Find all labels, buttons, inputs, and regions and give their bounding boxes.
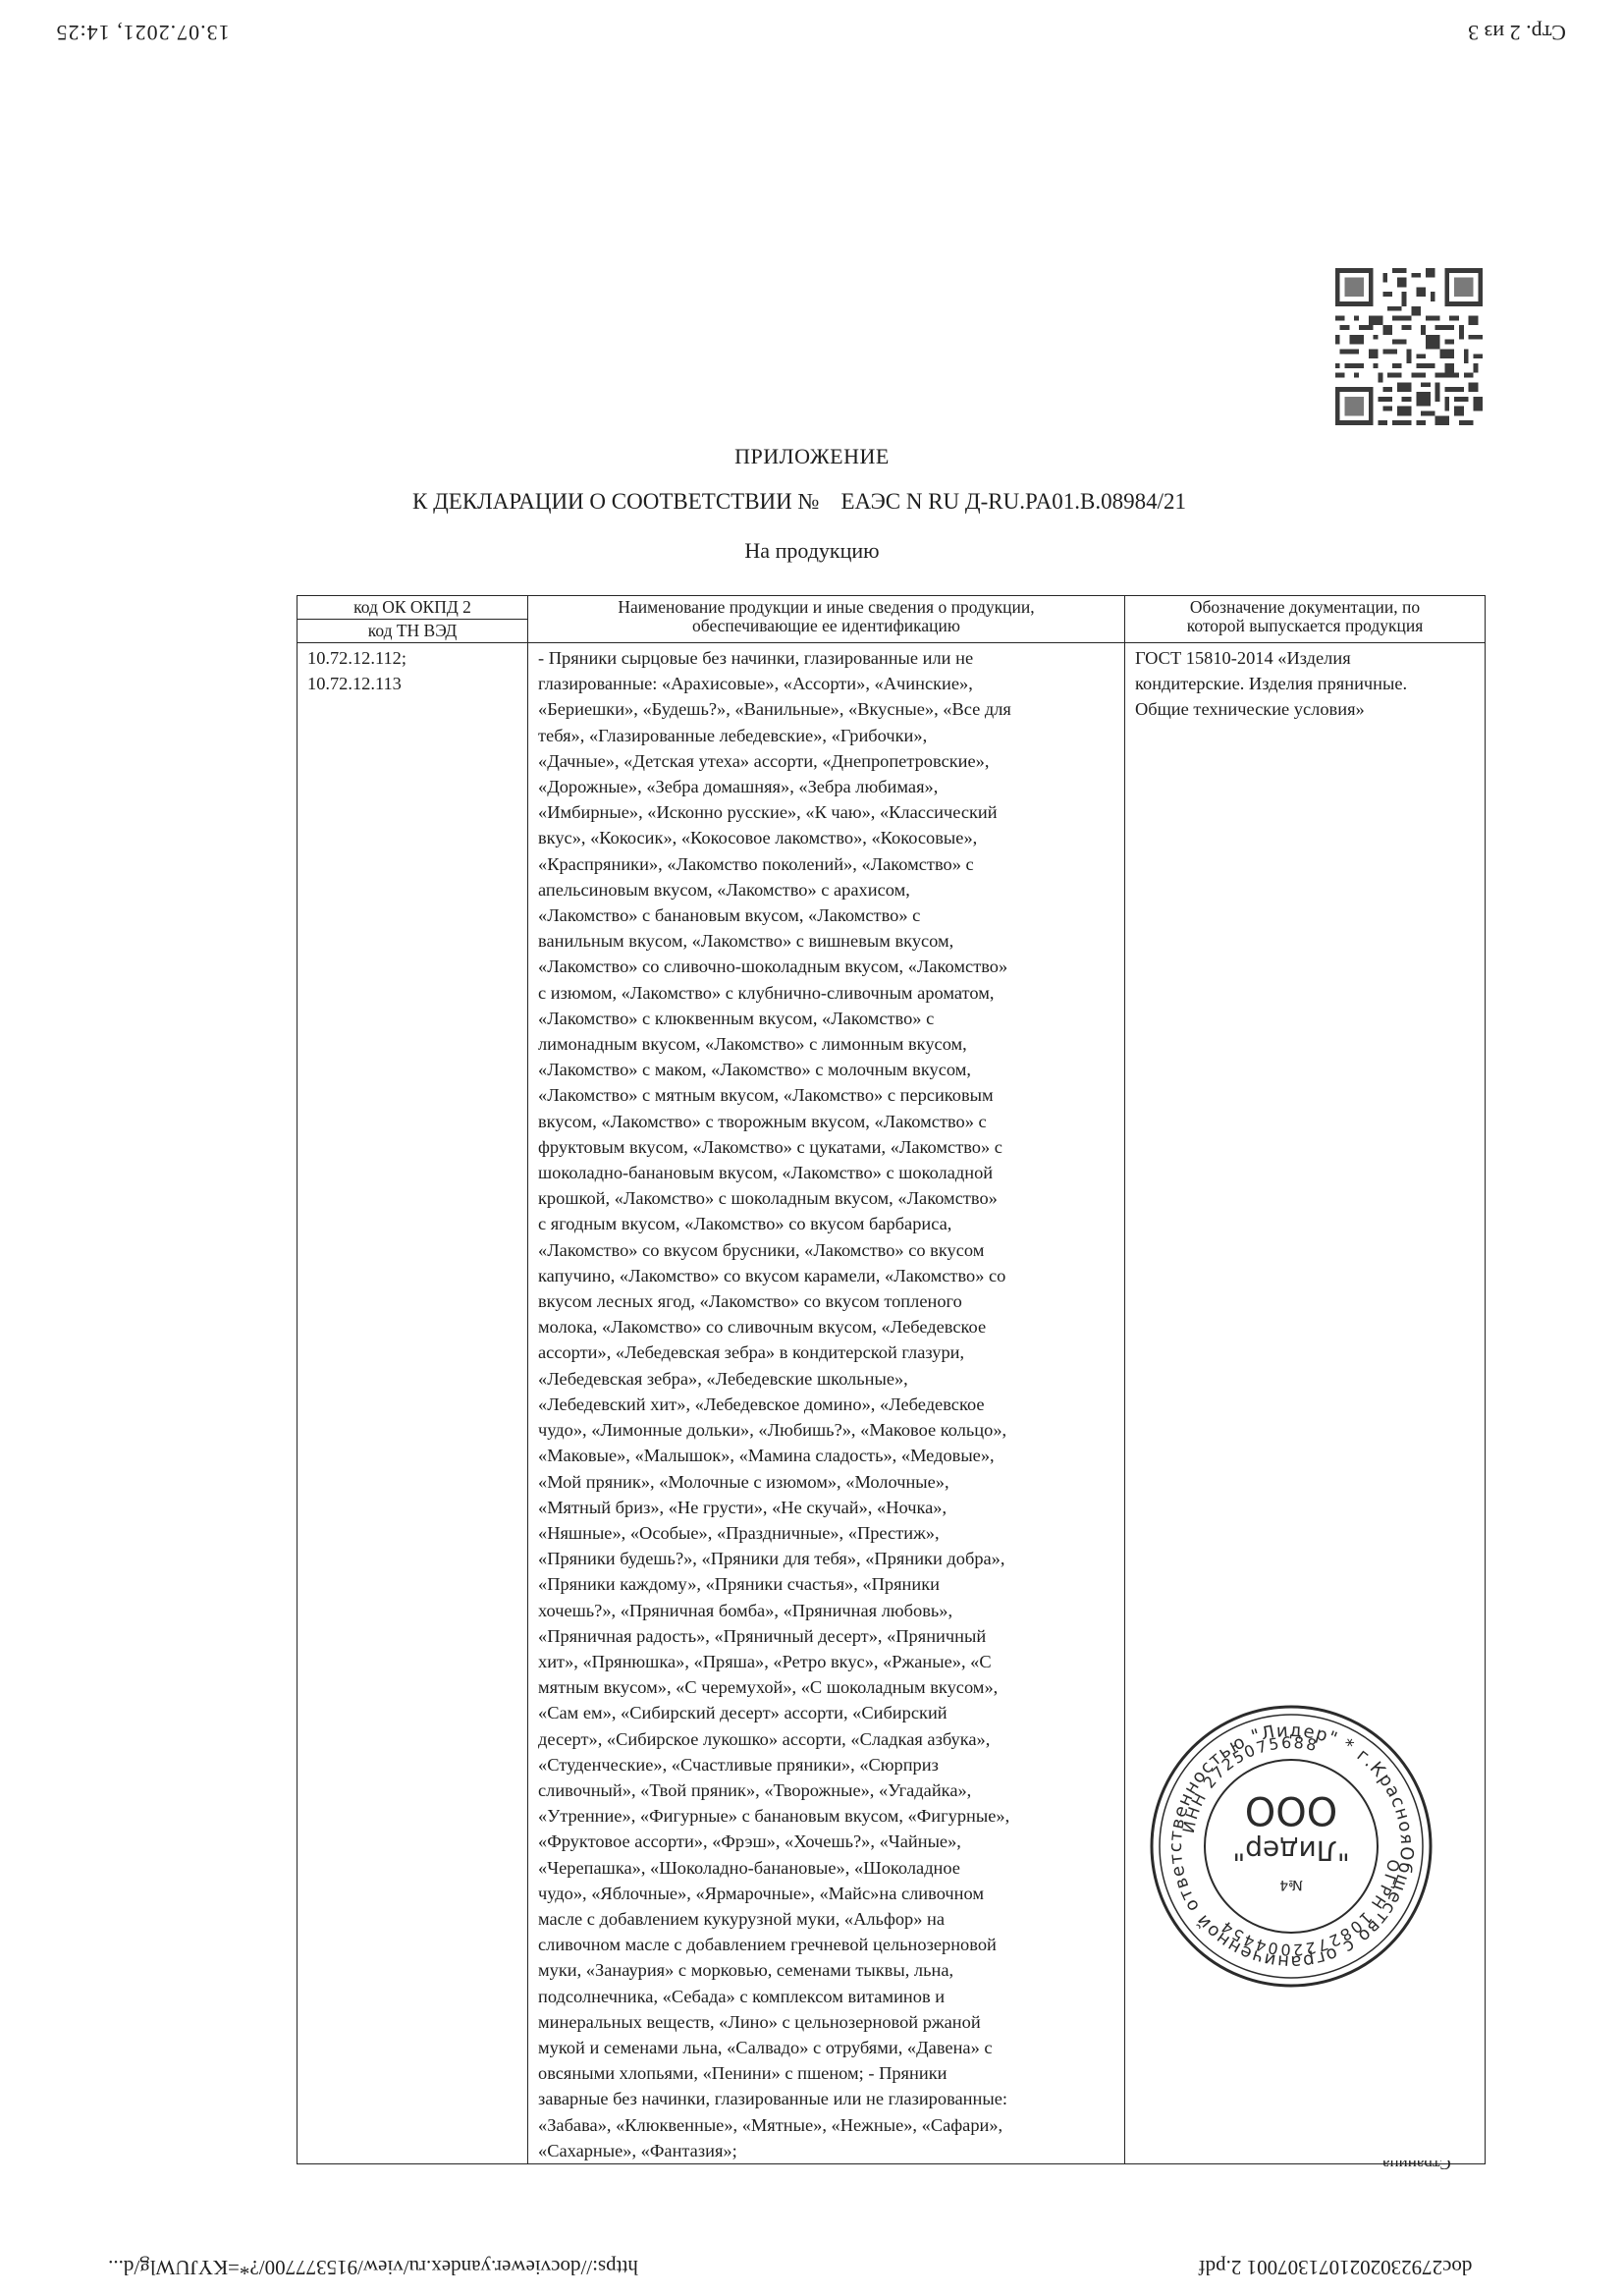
- description-line: «Лакомство» с клюквенным вкусом, «Лакомс…: [538, 1006, 1114, 1031]
- description-line: апельсиновым вкусом, «Лакомство» с арахи…: [538, 877, 1114, 902]
- description-line: лимонадным вкусом, «Лакомство» с лимонны…: [538, 1031, 1114, 1057]
- description-line: чудо», «Яблочные», «Ярмарочные», «Майс»н…: [538, 1881, 1114, 1906]
- description-line: «Лакомство» с маком, «Лакомство» с молоч…: [538, 1057, 1114, 1082]
- description-line: глазированные: «Арахисовые», «Ассорти», …: [538, 671, 1114, 696]
- description-line: - Пряники сырцовые без начинки, глазиров…: [538, 645, 1114, 671]
- header-documentation: Обозначение документации, по которой вып…: [1125, 596, 1486, 643]
- description-line: заварные без начинки, глазированные или …: [538, 2086, 1114, 2111]
- description-line: «Лебедевская зебра», «Лебедевские школьн…: [538, 1366, 1114, 1392]
- seal-ooo: ООО: [1245, 1787, 1337, 1832]
- footer-filename: doc2792302021071307001 2.pdf: [1080, 2255, 1591, 2279]
- description-line: «Имбирные», «Исконно русские», «К чаю», …: [538, 799, 1114, 825]
- description-line: с ягодным вкусом, «Лакомство» со вкусом …: [538, 1211, 1114, 1236]
- description-line: ванильным вкусом, «Лакомство» с вишневым…: [538, 928, 1114, 954]
- header-code-tn-ved: код ТН ВЭД: [298, 620, 528, 643]
- description-line: овсяными хлопьями, «Пенини» с пшеном; - …: [538, 2060, 1114, 2086]
- declaration-number: ЕАЭС N RU Д-RU.PA01.B.08984/21: [840, 489, 1186, 514]
- description-line: сливочный», «Твой пряник», «Творожные», …: [538, 1777, 1114, 1803]
- documentation-line: кондитерские. Изделия пряничные.: [1135, 671, 1475, 696]
- description-line: «Забава», «Клюквенные», «Мятные», «Нежны…: [538, 2112, 1114, 2138]
- document-subtitle: К ДЕКЛАРАЦИИ О СООТВЕТСТВИИ №ЕАЭС N RU Д…: [412, 489, 1186, 515]
- seal-ogrn-text: ОГРН 1082722004454: [1217, 1858, 1404, 1959]
- company-seal-icon: Общество с ограниченной ответственностью…: [1139, 1694, 1443, 1998]
- description-line: вкусом лесных ягод, «Лакомство» со вкусо…: [538, 1288, 1114, 1314]
- description-line: «Пряничная радость», «Пряничный десерт»,…: [538, 1623, 1114, 1649]
- description-line: «Пряники каждому», «Пряники счастья», «П…: [538, 1571, 1114, 1597]
- description-line: «Пряники будешь?», «Пряники для тебя», «…: [538, 1546, 1114, 1571]
- description-line: «Фруктовое ассорти», «Фрэш», «Хочешь?», …: [538, 1829, 1114, 1854]
- description-line: хит», «Прянюшка», «Пряша», «Ретро вкус»,…: [538, 1649, 1114, 1674]
- description-line: «Черепашка», «Шоколадно-банановые», «Шок…: [538, 1855, 1114, 1881]
- description-line: минеральных веществ, «Лино» с цельнозерн…: [538, 2009, 1114, 2035]
- header-documentation-line: Обозначение документации, по: [1129, 598, 1481, 617]
- description-line: «Дорожные», «Зебра домашняя», «Зебра люб…: [538, 774, 1114, 799]
- description-line: «Лакомство» со вкусом брусники, «Лакомст…: [538, 1237, 1114, 1263]
- seal-company-name: "Лидер": [1232, 1834, 1349, 1867]
- description-line: «Лакомство» с мятным вкусом, «Лакомство»…: [538, 1082, 1114, 1108]
- header-documentation-line: которой выпускается продукция: [1129, 617, 1481, 635]
- description-line: молока, «Лакомство» со сливочным вкусом,…: [538, 1314, 1114, 1339]
- description-line: «Сахарные», «Фантазия»;: [538, 2138, 1114, 2163]
- description-line: ассорти», «Лебедевская зебра» в кондитер…: [538, 1339, 1114, 1365]
- description-line: сливочном масле с добавлением гречневой …: [538, 1932, 1114, 1957]
- header-product-name-line: обеспечивающие ее идентификацию: [532, 617, 1120, 635]
- description-line: шоколадно-банановым вкусом, «Лакомство» …: [538, 1160, 1114, 1185]
- description-line: тебя», «Глазированные лебедевские», «Гри…: [538, 723, 1114, 748]
- document-title: ПРИЛОЖЕНИЕ: [0, 444, 1624, 469]
- description-line: «Краспряники», «Лакомство поколений», «Л…: [538, 851, 1114, 877]
- product-code: 10.72.12.113: [307, 671, 517, 696]
- page-indicator: Стр. 2 из 3: [1463, 20, 1571, 45]
- documentation-line: ГОСТ 15810-2014 «Изделия: [1135, 645, 1475, 671]
- description-line: десерт», «Сибирское лукошко» ассорти, «С…: [538, 1726, 1114, 1752]
- description-line: «Маковые», «Малышок», «Мамина сладость»,…: [538, 1443, 1114, 1468]
- description-line: вкусом, «Лакомство» с творожным вкусом, …: [538, 1109, 1114, 1134]
- for-product-label: На продукцию: [0, 538, 1624, 564]
- description-line: «Лакомство» с банановым вкусом, «Лакомст…: [538, 902, 1114, 928]
- header-product-name: Наименование продукции и иные сведения о…: [528, 596, 1125, 643]
- header-code-okpd: код ОК ОКПД 2: [298, 596, 528, 620]
- description-line: «Студенческие», «Счастливые пряники», «С…: [538, 1752, 1114, 1777]
- description-line: «Няшные», «Особые», «Праздничные», «Прес…: [538, 1520, 1114, 1546]
- description-line: крошкой, «Лакомство» с шоколадным вкусом…: [538, 1185, 1114, 1211]
- documentation-line: Общие технические условия»: [1135, 696, 1475, 722]
- description-line: вкус», «Кокосик», «Кокосовое лакомство»,…: [538, 825, 1114, 850]
- description-line: «Сам ем», «Сибирский десерт» ассорти, «С…: [538, 1700, 1114, 1725]
- description-line: масле с добавлением кукурузной муки, «Ал…: [538, 1906, 1114, 1932]
- description-line: чудо», «Лимонные дольки», «Любишь?», «Ма…: [538, 1417, 1114, 1443]
- description-line: хочешь?», «Пряничная бомба», «Пряничная …: [538, 1598, 1114, 1623]
- print-datetime: 13.07.2021, 14:25: [29, 20, 255, 45]
- description-line: капучино, «Лакомство» со вкусом карамели…: [538, 1263, 1114, 1288]
- description-line: «Мятный бриз», «Не грусти», «Не скучай»,…: [538, 1495, 1114, 1520]
- seal-number: №4: [1279, 1877, 1303, 1892]
- product-code: 10.72.12.112;: [307, 645, 517, 671]
- description-line: «Дачные», «Детская утеха» ассорти, «Днеп…: [538, 748, 1114, 774]
- subtitle-prefix: К ДЕКЛАРАЦИИ О СООТВЕТСТВИИ №: [412, 489, 819, 514]
- header-product-name-line: Наименование продукции и иные сведения о…: [532, 598, 1120, 617]
- description-line: «Мой пряник», «Молочные с изюмом», «Моло…: [538, 1469, 1114, 1495]
- description-line: с изюмом, «Лакомство» с клубнично-сливоч…: [538, 980, 1114, 1006]
- description-line: «Лебедевский хит», «Лебедевское домино»,…: [538, 1392, 1114, 1417]
- description-line: мятным вкусом», «С черемухой», «С шокола…: [538, 1674, 1114, 1700]
- description-line: подсолнечника, «Себада» с комплексом вит…: [538, 1984, 1114, 2009]
- svg-text:ОГРН 1082722004454: ОГРН 1082722004454: [1217, 1858, 1404, 1959]
- description-line: «Бериешки», «Будешь?», «Ванильные», «Вку…: [538, 696, 1114, 722]
- description-line: мукой и семенами льна, «Салвадо» с отруб…: [538, 2035, 1114, 2060]
- cell-codes: 10.72.12.112;10.72.12.113: [298, 643, 528, 2164]
- description-line: «Утренние», «Фигурные» с банановым вкусо…: [538, 1803, 1114, 1829]
- description-line: фруктовым вкусом, «Лакомство» с цукатами…: [538, 1134, 1114, 1160]
- description-line: муки, «Занаурия» с морковью, семенами ты…: [538, 1957, 1114, 1983]
- footer-url: https://docviewer.yandex.ru/view/9153777…: [29, 2255, 717, 2279]
- cell-description: - Пряники сырцовые без начинки, глазиров…: [528, 643, 1125, 2164]
- qr-code-icon: [1330, 263, 1488, 430]
- description-line: «Лакомство» со сливочно-шоколадным вкусо…: [538, 954, 1114, 979]
